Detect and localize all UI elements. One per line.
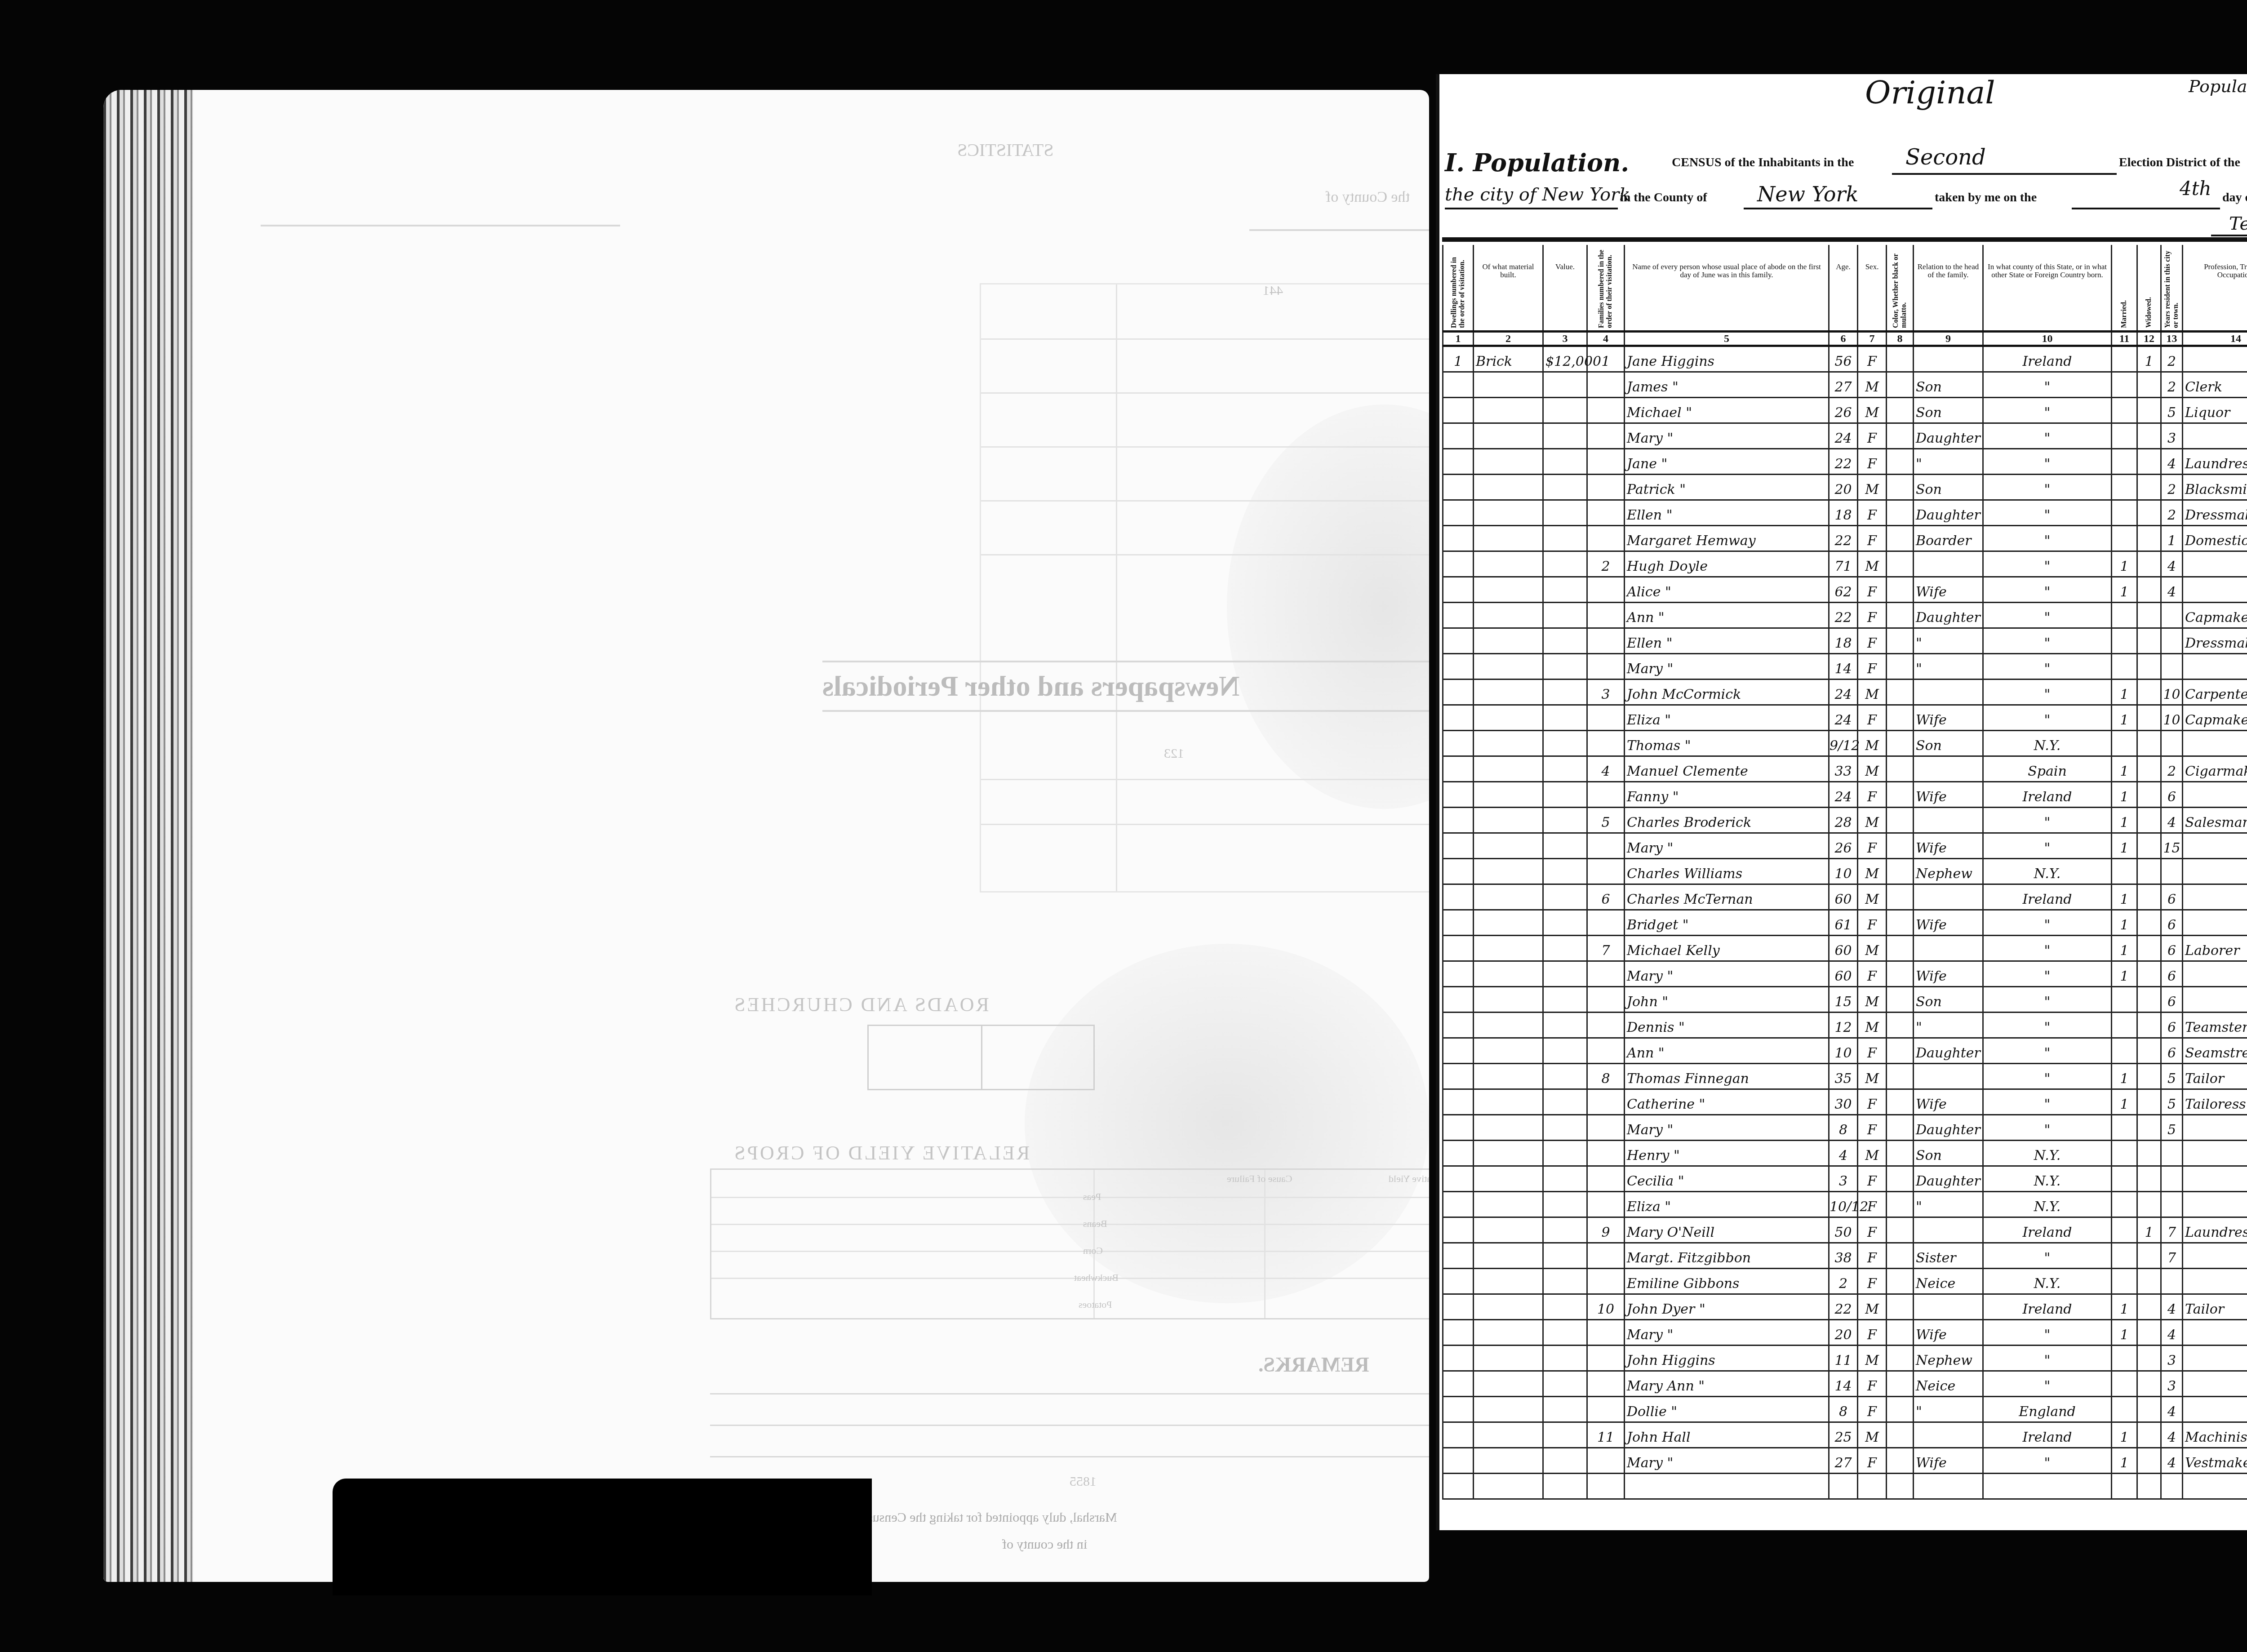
cell-dwelling (1442, 1243, 1474, 1269)
cell-relation: Nephew (1914, 1346, 1984, 1372)
cell-years (2162, 1474, 2183, 1500)
col-header-years-resident: Years resident in this city or town. (2162, 245, 2183, 333)
cell-material (1474, 1115, 1544, 1141)
cell-married (2112, 373, 2138, 398)
cell-color (1887, 603, 1914, 629)
cell-dwelling (1442, 757, 1474, 782)
table-row: Mary "14F""113 (1442, 654, 2247, 680)
cell-birthplace: " (1984, 373, 2112, 398)
cell-material (1474, 1141, 1544, 1167)
cell-occupation (2183, 1192, 2247, 1218)
ghost-crop-label: Corn (1083, 1245, 1103, 1257)
header-rule (1442, 237, 2247, 242)
cell-widowed (2138, 910, 2162, 936)
cell-birthplace: England (1984, 1397, 2112, 1423)
cell-name: John Hall (1625, 1423, 1830, 1448)
cell-age: 10/12 (1830, 1192, 1858, 1218)
cell-relation: Boarder (1914, 526, 1984, 552)
table-row: Patrick "20MSon"2Blacksmith16 (1442, 475, 2247, 501)
cell-dwelling (1442, 808, 1474, 834)
cell-family (1588, 782, 1625, 808)
cell-birthplace: " (1984, 962, 2112, 987)
cell-name: Cecilia " (1625, 1167, 1830, 1192)
cell-married: 1 (2112, 1423, 2138, 1448)
cell-name: Ellen " (1625, 501, 1830, 526)
cell-dwelling (1442, 936, 1474, 962)
cell-material (1474, 1090, 1544, 1115)
cell-occupation: Tailoress (2183, 1090, 2247, 1115)
county-value: New York (1757, 182, 1858, 206)
cell-widowed (2138, 1141, 2162, 1167)
cell-relation: Son (1914, 1141, 1984, 1167)
cell-dwelling (1442, 398, 1474, 424)
cell-family (1588, 1039, 1625, 1064)
cell-sex: M (1858, 1346, 1887, 1372)
cell-color (1887, 1448, 1914, 1474)
cell-age: 9/12 (1830, 731, 1858, 757)
table-row: Dollie "8F"England4142 (1442, 1397, 2247, 1423)
cell-sex: M (1858, 1141, 1887, 1167)
cell-color (1887, 757, 1914, 782)
cell-birthplace: " (1984, 603, 2112, 629)
cell-value (1544, 526, 1588, 552)
cell-dwelling (1442, 1115, 1474, 1141)
cell-sex: F (1858, 706, 1887, 731)
cell-sex: F (1858, 1243, 1887, 1269)
table-row: John Higgins11MNephew"3140 (1442, 1346, 2247, 1372)
cell-age: 28 (1830, 808, 1858, 834)
cell-family (1588, 1243, 1625, 1269)
cell-value (1544, 552, 1588, 577)
cell-dwelling (1442, 885, 1474, 910)
cell-color (1887, 1269, 1914, 1295)
cell-age: 22 (1830, 449, 1858, 475)
col-header-color: Color, Whether black or mulatto. (1887, 245, 1914, 333)
cell-relation (1914, 1218, 1984, 1243)
col-header-birthplace: In what county of this State, or in what… (1984, 245, 2112, 333)
cell-sex: M (1858, 1295, 1887, 1320)
cell-married: 1 (2112, 1295, 2138, 1320)
cell-age: 33 (1830, 757, 1858, 782)
cell-name: Dennis " (1625, 1013, 1830, 1039)
cell-married: 1 (2112, 962, 2138, 987)
cell-family (1588, 603, 1625, 629)
cell-dwelling (1442, 706, 1474, 731)
cell-family: 11 (1588, 1423, 1625, 1448)
table-row: 45 (1442, 1474, 2247, 1500)
cell-material (1474, 603, 1544, 629)
city-blank (1445, 208, 1618, 209)
cell-widowed (2138, 424, 2162, 449)
cell-widowed (2138, 1269, 2162, 1295)
cell-family (1588, 1141, 1625, 1167)
cell-dwelling (1442, 1167, 1474, 1192)
cell-dwelling (1442, 654, 1474, 680)
cell-age: 11 (1830, 1346, 1858, 1372)
table-row: Mary Ann "14FNeice"3141 (1442, 1372, 2247, 1397)
cell-birthplace: N.Y. (1984, 1192, 2112, 1218)
cell-name: Margaret Hemway (1625, 526, 1830, 552)
cell-dwelling (1442, 1346, 1474, 1372)
table-row: Mary "27FWife"14Vestmaker144 (1442, 1448, 2247, 1474)
cell-color (1887, 501, 1914, 526)
cell-birthplace: " (1984, 1346, 2112, 1372)
cell-family (1588, 962, 1625, 987)
cell-married (2112, 1397, 2138, 1423)
page-edge-stack (103, 90, 193, 1582)
cell-name: Eliza " (1625, 706, 1830, 731)
col-number: 1 (1442, 333, 1474, 345)
cell-color (1887, 577, 1914, 603)
ghost-heading-roads: ROADS AND CHURCHES (733, 993, 989, 1016)
cell-dwelling (1442, 1269, 1474, 1295)
cell-sex: M (1858, 398, 1887, 424)
cell-name: Ellen " (1625, 629, 1830, 654)
cell-sex: F (1858, 526, 1887, 552)
cell-family (1588, 1474, 1625, 1500)
table-row: Charles Williams10MNephewN.Y.21 (1442, 859, 2247, 885)
cell-occupation (2183, 1243, 2247, 1269)
cell-relation: Wife (1914, 1448, 1984, 1474)
cell-widowed (2138, 834, 2162, 859)
cell-widowed (2138, 1064, 2162, 1090)
cell-age: 24 (1830, 782, 1858, 808)
table-row: Michael "26MSon"5Liquor13 (1442, 398, 2247, 424)
cell-family: 9 (1588, 1218, 1625, 1243)
cell-material (1474, 449, 1544, 475)
cell-age: 14 (1830, 1372, 1858, 1397)
cell-relation: " (1914, 629, 1984, 654)
cell-family (1588, 449, 1625, 475)
cell-age: 50 (1830, 1218, 1858, 1243)
cell-value (1544, 1346, 1588, 1372)
cell-years (2162, 603, 2183, 629)
marshal-blank (2211, 235, 2247, 236)
col-header-material: Of what material built. (1474, 245, 1544, 333)
cell-widowed (2138, 1013, 2162, 1039)
cell-color (1887, 834, 1914, 859)
cell-relation (1914, 552, 1984, 577)
cell-name: Charles Williams (1625, 859, 1830, 885)
cell-years: 5 (2162, 1115, 2183, 1141)
cell-relation (1914, 1423, 1984, 1448)
cell-married (2112, 1243, 2138, 1269)
cell-sex: F (1858, 1269, 1887, 1295)
book-binding-tab (333, 1479, 872, 1595)
cell-married: 1 (2112, 834, 2138, 859)
table-row: 4Manuel Clemente33MSpain12Cigarmaker117 (1442, 757, 2247, 782)
cell-age: 18 (1830, 501, 1858, 526)
city-value: the city of New York (1445, 184, 1630, 205)
county-label: in the County of (1620, 191, 1707, 205)
taken-by-label: taken by me on the (1935, 191, 2037, 205)
cell-relation: " (1914, 654, 1984, 680)
cell-occupation (2183, 577, 2247, 603)
cell-name: Fanny " (1625, 782, 1830, 808)
cell-years: 6 (2162, 936, 2183, 962)
cell-dwelling (1442, 1397, 1474, 1423)
cell-value (1544, 398, 1588, 424)
cell-sex: F (1858, 1397, 1887, 1423)
cell-age: 24 (1830, 424, 1858, 449)
cell-widowed (2138, 1167, 2162, 1192)
cell-value (1544, 654, 1588, 680)
table-row: Margt. Fitzgibbon38FSister"71136 (1442, 1243, 2247, 1269)
cell-married (2112, 1167, 2138, 1192)
cell-family (1588, 1090, 1625, 1115)
cell-relation: Wife (1914, 1090, 1984, 1115)
cell-value (1544, 1320, 1588, 1346)
table-row: Jane "22F""4Laundress15 (1442, 449, 2247, 475)
district-value: Second (1905, 145, 1986, 170)
cell-family (1588, 475, 1625, 501)
cell-years: 6 (2162, 910, 2183, 936)
cell-material (1474, 1218, 1544, 1243)
cell-value (1544, 757, 1588, 782)
cell-married (2112, 654, 2138, 680)
table-row: John "15MSon"6126 (1442, 987, 2247, 1013)
cell-sex: F (1858, 1448, 1887, 1474)
cell-age: 38 (1830, 1243, 1858, 1269)
date-label: day of June, 1855. (2222, 191, 2247, 205)
cell-family (1588, 834, 1625, 859)
cell-relation: Son (1914, 987, 1984, 1013)
cell-relation (1914, 680, 1984, 706)
cell-family (1588, 373, 1625, 398)
cell-material (1474, 808, 1544, 834)
table-row: 1Brick$12,0001Jane Higgins56FIreland1211 (1442, 347, 2247, 373)
cell-family (1588, 501, 1625, 526)
ghost-rule (822, 710, 1429, 712)
cell-value (1544, 731, 1588, 757)
cell-sex: F (1858, 1090, 1887, 1115)
cell-relation: " (1914, 1397, 1984, 1423)
cell-years (2162, 1192, 2183, 1218)
cell-family (1588, 1192, 1625, 1218)
cell-age (1830, 1474, 1858, 1500)
cell-sex: M (1858, 680, 1887, 706)
cell-birthplace: N.Y. (1984, 859, 2112, 885)
cell-widowed (2138, 1243, 2162, 1269)
cell-occupation (2183, 654, 2247, 680)
cell-married: 1 (2112, 885, 2138, 910)
cell-family (1588, 398, 1625, 424)
cell-relation: Neice (1914, 1372, 1984, 1397)
cell-name: Bridget " (1625, 910, 1830, 936)
cell-name: Patrick " (1625, 475, 1830, 501)
cell-value (1544, 1090, 1588, 1115)
cell-widowed (2138, 1397, 2162, 1423)
cell-years: 6 (2162, 987, 2183, 1013)
cell-widowed (2138, 552, 2162, 577)
cell-relation (1914, 347, 1984, 373)
cell-name: Jane Higgins (1625, 347, 1830, 373)
cell-married (2112, 424, 2138, 449)
cell-widowed (2138, 1090, 2162, 1115)
cell-material (1474, 910, 1544, 936)
cell-name: Margt. Fitzgibbon (1625, 1243, 1830, 1269)
cell-married (2112, 987, 2138, 1013)
cell-birthplace: Ireland (1984, 1295, 2112, 1320)
cell-age: 56 (1830, 347, 1858, 373)
cell-birthplace: " (1984, 808, 2112, 834)
cell-value (1544, 1448, 1588, 1474)
cell-age: 2 (1830, 1269, 1858, 1295)
cell-occupation (2183, 552, 2247, 577)
cell-occupation: Blacksmith (2183, 475, 2247, 501)
cell-age: 8 (1830, 1397, 1858, 1423)
cell-material (1474, 629, 1544, 654)
cell-name: Mary " (1625, 1115, 1830, 1141)
cell-widowed (2138, 680, 2162, 706)
col-number: 9 (1914, 333, 1984, 345)
cell-dwelling (1442, 962, 1474, 987)
ghost-marshal-text: Marshal, duly appointed for taking the C… (867, 1510, 1117, 1525)
cell-married: 1 (2112, 577, 2138, 603)
cell-family (1588, 1372, 1625, 1397)
cell-years: 6 (2162, 885, 2183, 910)
cell-name: John McCormick (1625, 680, 1830, 706)
cell-color (1887, 706, 1914, 731)
cell-birthplace: " (1984, 1372, 2112, 1397)
ghost-rule (1249, 229, 1429, 231)
census-label: CENSUS of the Inhabitants in the (1672, 155, 1854, 170)
ghost-heading-statistics: STATISTICS (957, 139, 1054, 160)
cell-name (1625, 1474, 1830, 1500)
cell-widowed (2138, 1295, 2162, 1320)
cell-age: 4 (1830, 1141, 1858, 1167)
cell-name: Mary " (1625, 654, 1830, 680)
cell-value (1544, 475, 1588, 501)
cell-married (2112, 1115, 2138, 1141)
cell-material (1474, 1320, 1544, 1346)
cell-age: 22 (1830, 1295, 1858, 1320)
cell-dwelling: 1 (1442, 347, 1474, 373)
cell-dwelling (1442, 1372, 1474, 1397)
cell-birthplace (1984, 1474, 2112, 1500)
cell-years: 3 (2162, 1346, 2183, 1372)
cell-color (1887, 1192, 1914, 1218)
cell-married: 1 (2112, 706, 2138, 731)
cell-widowed (2138, 373, 2162, 398)
cell-occupation (2183, 1372, 2247, 1397)
cell-years (2162, 731, 2183, 757)
col-header-occupation: Profession, Trade, or Occupation. (2183, 245, 2247, 333)
cell-widowed (2138, 1474, 2162, 1500)
cell-name: Dollie " (1625, 1397, 1830, 1423)
cell-value (1544, 987, 1588, 1013)
table-row: Eliza "10/12F"N.Y.34 (1442, 1192, 2247, 1218)
ghost-heading-newspapers: Newspapers and other Periodicals (822, 670, 1240, 703)
cell-name: Emiline Gibbons (1625, 1269, 1830, 1295)
cell-relation: Daughter (1914, 603, 1984, 629)
cell-value (1544, 629, 1588, 654)
cell-value (1544, 782, 1588, 808)
cell-married (2112, 1013, 2138, 1039)
cell-material (1474, 1064, 1544, 1090)
cell-birthplace: Ireland (1984, 782, 2112, 808)
cell-occupation (2183, 782, 2247, 808)
cell-years (2162, 859, 2183, 885)
cell-color (1887, 424, 1914, 449)
cell-dwelling (1442, 1218, 1474, 1243)
table-row: 6Charles McTernan60MIreland16122 (1442, 885, 2247, 910)
cell-age: 22 (1830, 526, 1858, 552)
col-number: 10 (1984, 333, 2112, 345)
cell-widowed (2138, 1115, 2162, 1141)
col-header-widowed: Widowed. (2138, 245, 2162, 333)
cell-years: 10 (2162, 680, 2183, 706)
cell-value (1544, 808, 1588, 834)
cell-family (1588, 731, 1625, 757)
ghost-county-label: the County of (1326, 189, 1410, 206)
cell-birthplace: Ireland (1984, 885, 2112, 910)
cell-occupation: Tailor (2183, 1295, 2247, 1320)
cell-sex: M (1858, 475, 1887, 501)
cell-birthplace: " (1984, 424, 2112, 449)
original-annotation: Original (1865, 74, 1995, 111)
cell-material (1474, 1013, 1544, 1039)
cell-widowed (2138, 987, 2162, 1013)
cell-years: 5 (2162, 1090, 2183, 1115)
table-row: Eliza "24FWife"110Capmaker115 (1442, 706, 2247, 731)
cell-occupation (2183, 1115, 2247, 1141)
cell-sex: M (1858, 757, 1887, 782)
cell-birthplace: N.Y. (1984, 731, 2112, 757)
cell-dwelling (1442, 1295, 1474, 1320)
cell-relation: Son (1914, 373, 1984, 398)
cell-married (2112, 475, 2138, 501)
cell-married (2112, 347, 2138, 373)
cell-relation: " (1914, 1192, 1984, 1218)
cell-years: 4 (2162, 1295, 2183, 1320)
cell-married: 1 (2112, 1448, 2138, 1474)
cell-birthplace: " (1984, 501, 2112, 526)
table-row: 2Hugh Doyle71M"1419 (1442, 552, 2247, 577)
cell-birthplace: " (1984, 1115, 2112, 1141)
cell-relation: " (1914, 449, 1984, 475)
cell-name: John " (1625, 987, 1830, 1013)
cell-relation: Son (1914, 398, 1984, 424)
cell-occupation (2183, 731, 2247, 757)
cell-color (1887, 552, 1914, 577)
cell-birthplace: " (1984, 526, 2112, 552)
cell-relation (1914, 885, 1984, 910)
cell-material (1474, 526, 1544, 552)
cell-widowed (2138, 1192, 2162, 1218)
cell-married: 1 (2112, 552, 2138, 577)
cell-sex: F (1858, 782, 1887, 808)
cell-material (1474, 1192, 1544, 1218)
col-number: 13 (2162, 333, 2183, 345)
cell-relation: Neice (1914, 1269, 1984, 1295)
ghost-crop-label: Buckwheat (1074, 1272, 1119, 1283)
county-blank (1744, 208, 1932, 209)
cell-occupation: Clerk (2183, 373, 2247, 398)
cell-years: 4 (2162, 1320, 2183, 1346)
cell-color (1887, 654, 1914, 680)
cell-sex: F (1858, 629, 1887, 654)
cell-color (1887, 782, 1914, 808)
cell-age: 10 (1830, 859, 1858, 885)
cell-widowed (2138, 449, 2162, 475)
cell-material (1474, 1167, 1544, 1192)
table-row: Cecilia "3FDaughterN.Y.33 (1442, 1167, 2247, 1192)
cell-material (1474, 1295, 1544, 1320)
cell-married (2112, 1346, 2138, 1372)
cell-widowed (2138, 936, 2162, 962)
cell-dwelling (1442, 782, 1474, 808)
